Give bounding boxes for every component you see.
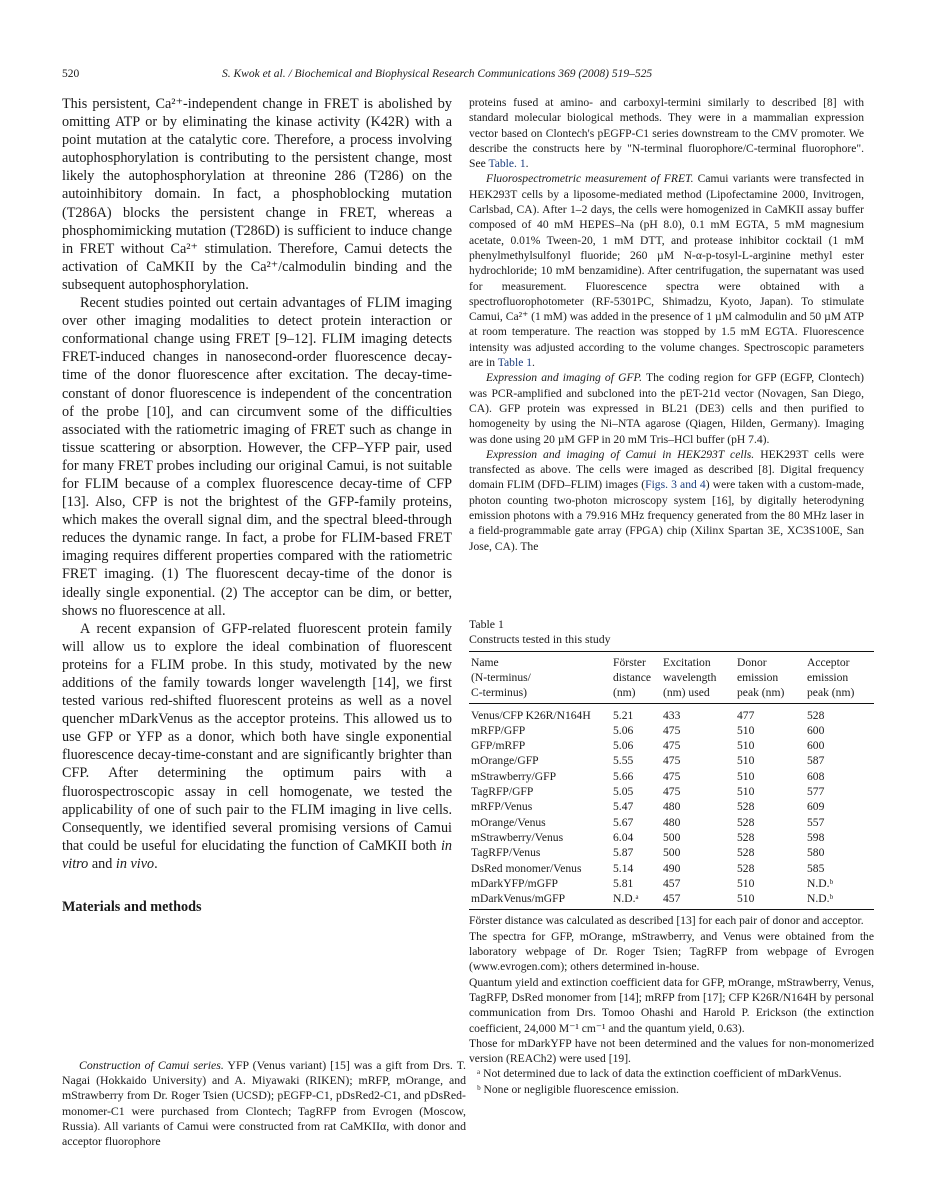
- table-footnote-a: ᵃ Not determined due to lack of data the…: [469, 1066, 874, 1081]
- cell-excitation: 475: [661, 753, 735, 768]
- table-row: TagRFP/GFP5.05475510577: [469, 784, 874, 799]
- cell-excitation: 475: [661, 784, 735, 799]
- cell-acceptor: 585: [805, 861, 874, 876]
- cell-forster: N.D.ᵃ: [611, 891, 661, 910]
- cell-acceptor: 598: [805, 830, 874, 845]
- cell-donor: 510: [735, 876, 805, 891]
- paragraph-constructs: proteins fused at amino- and carboxyl-te…: [469, 95, 864, 171]
- cell-name: mStrawberry/Venus: [469, 830, 611, 845]
- cell-donor: 528: [735, 861, 805, 876]
- table-note: Förster distance was calculated as descr…: [469, 913, 874, 928]
- cell-excitation: 500: [661, 845, 735, 860]
- cell-name: mRFP/Venus: [469, 799, 611, 814]
- subheading-construction: Construction of Camui series.: [79, 1058, 224, 1072]
- figure-link[interactable]: Figs. 3 and 4: [645, 478, 706, 491]
- cell-acceptor: 557: [805, 815, 874, 830]
- table-row: mRFP/GFP5.06475510600: [469, 723, 874, 738]
- subheading-gfp-imaging: Expression and imaging of GFP.: [486, 371, 642, 384]
- table-row: TagRFP/Venus5.87500528580: [469, 845, 874, 860]
- cell-donor: 528: [735, 830, 805, 845]
- cell-excitation: 475: [661, 723, 735, 738]
- left-column: This persistent, Ca²⁺-independent change…: [62, 95, 452, 936]
- cell-acceptor: 577: [805, 784, 874, 799]
- page-number: 520: [62, 68, 79, 80]
- cell-forster: 5.81: [611, 876, 661, 891]
- header-acceptor: emission: [805, 670, 874, 685]
- header-acceptor: peak (nm): [805, 685, 874, 704]
- table-note: Those for mDarkYFP have not been determi…: [469, 1036, 874, 1067]
- cell-donor: 510: [735, 769, 805, 784]
- table-note: The spectra for GFP, mOrange, mStrawberr…: [469, 929, 874, 975]
- subheading-fluorospectrometric: Fluorospectrometric measurement of FRET.: [486, 172, 694, 185]
- cell-excitation: 500: [661, 830, 735, 845]
- cell-acceptor: 587: [805, 753, 874, 768]
- cell-excitation: 457: [661, 876, 735, 891]
- header-name: C-terminus): [469, 685, 611, 704]
- paragraph-study-motivation: A recent expansion of GFP-related fluore…: [62, 620, 452, 873]
- cell-donor: 510: [735, 723, 805, 738]
- cell-name: mDarkYFP/mGFP: [469, 876, 611, 891]
- header-excitation: (nm) used: [661, 685, 735, 704]
- table-row: GFP/mRFP5.06475510600: [469, 738, 874, 753]
- paragraph-gfp-imaging: Expression and imaging of GFP. The codin…: [469, 370, 864, 446]
- cell-forster: 5.21: [611, 703, 661, 723]
- table-title: Constructs tested in this study: [469, 632, 874, 647]
- cell-name: GFP/mRFP: [469, 738, 611, 753]
- header-forster: distance: [611, 670, 661, 685]
- table-link[interactable]: Table 1: [498, 356, 532, 369]
- table-notes: Förster distance was calculated as descr…: [469, 913, 874, 1097]
- table-link[interactable]: Table. 1: [488, 157, 525, 170]
- cell-excitation: 490: [661, 861, 735, 876]
- cell-name: DsRed monomer/Venus: [469, 861, 611, 876]
- table-row: mOrange/Venus5.67480528557: [469, 815, 874, 830]
- cell-forster: 5.67: [611, 815, 661, 830]
- cell-acceptor: 608: [805, 769, 874, 784]
- table-footnote-b: ᵇ None or negligible fluorescence emissi…: [469, 1082, 874, 1097]
- header-forster: (nm): [611, 685, 661, 704]
- cell-donor: 477: [735, 703, 805, 723]
- table-label: Table 1: [469, 617, 874, 632]
- cell-forster: 5.14: [611, 861, 661, 876]
- table-row: mDarkVenus/mGFPN.D.ᵃ457510N.D.ᵇ: [469, 891, 874, 910]
- header-forster: Förster: [611, 651, 661, 670]
- journal-citation: S. Kwok et al. / Biochemical and Biophys…: [222, 68, 652, 80]
- cell-donor: 510: [735, 738, 805, 753]
- cell-name: Venus/CFP K26R/N164H: [469, 703, 611, 723]
- cell-acceptor: N.D.ᵇ: [805, 891, 874, 910]
- cell-acceptor: N.D.ᵇ: [805, 876, 874, 891]
- cell-forster: 5.05: [611, 784, 661, 799]
- table-row: mOrange/GFP5.55475510587: [469, 753, 874, 768]
- header-acceptor: Acceptor: [805, 651, 874, 670]
- cell-name: mRFP/GFP: [469, 723, 611, 738]
- cell-name: mOrange/Venus: [469, 815, 611, 830]
- paragraph-camui-hek293t: Expression and imaging of Camui in HEK29…: [469, 447, 864, 554]
- cell-acceptor: 600: [805, 738, 874, 753]
- section-title-materials-methods: Materials and methods: [62, 899, 452, 916]
- cell-excitation: 433: [661, 703, 735, 723]
- cell-name: TagRFP/GFP: [469, 784, 611, 799]
- table-row: mStrawberry/Venus6.04500528598: [469, 830, 874, 845]
- cell-excitation: 480: [661, 799, 735, 814]
- cell-donor: 510: [735, 784, 805, 799]
- cell-acceptor: 528: [805, 703, 874, 723]
- construction-paragraph-block: Construction of Camui series. YFP (Venus…: [62, 1058, 466, 1149]
- cell-donor: 528: [735, 845, 805, 860]
- cell-acceptor: 600: [805, 723, 874, 738]
- cell-excitation: 475: [661, 769, 735, 784]
- table-1: Table 1 Constructs tested in this study …: [469, 617, 874, 1097]
- cell-forster: 6.04: [611, 830, 661, 845]
- cell-forster: 5.06: [611, 723, 661, 738]
- cell-name: mDarkVenus/mGFP: [469, 891, 611, 910]
- paragraph-fluorospectrometric: Fluorospectrometric measurement of FRET.…: [469, 171, 864, 370]
- cell-donor: 528: [735, 799, 805, 814]
- cell-name: TagRFP/Venus: [469, 845, 611, 860]
- cell-name: mStrawberry/GFP: [469, 769, 611, 784]
- table-row: Venus/CFP K26R/N164H5.21433477528: [469, 703, 874, 723]
- cell-name: mOrange/GFP: [469, 753, 611, 768]
- cell-acceptor: 609: [805, 799, 874, 814]
- cell-forster: 5.55: [611, 753, 661, 768]
- cell-donor: 528: [735, 815, 805, 830]
- cell-excitation: 480: [661, 815, 735, 830]
- cell-acceptor: 580: [805, 845, 874, 860]
- cell-forster: 5.47: [611, 799, 661, 814]
- subheading-camui-hek293t: Expression and imaging of Camui in HEK29…: [486, 448, 754, 461]
- header-donor: peak (nm): [735, 685, 805, 704]
- header-excitation: wavelength: [661, 670, 735, 685]
- constructs-table: Name Förster Excitation Donor Acceptor (…: [469, 651, 874, 911]
- table-row: mRFP/Venus5.47480528609: [469, 799, 874, 814]
- header-donor: emission: [735, 670, 805, 685]
- table-row: mStrawberry/GFP5.66475510608: [469, 769, 874, 784]
- header-name: (N-terminus/: [469, 670, 611, 685]
- header-name: Name: [469, 651, 611, 670]
- cell-forster: 5.06: [611, 738, 661, 753]
- table-row: mDarkYFP/mGFP5.81457510N.D.ᵇ: [469, 876, 874, 891]
- cell-excitation: 475: [661, 738, 735, 753]
- cell-forster: 5.66: [611, 769, 661, 784]
- header-donor: Donor: [735, 651, 805, 670]
- paragraph-flim-advantages: Recent studies pointed out certain advan…: [62, 294, 452, 620]
- header-excitation: Excitation: [661, 651, 735, 670]
- cell-donor: 510: [735, 753, 805, 768]
- paragraph-construction: Construction of Camui series. YFP (Venus…: [62, 1058, 466, 1149]
- cell-donor: 510: [735, 891, 805, 910]
- paragraph-camui-mechanism: This persistent, Ca²⁺-independent change…: [62, 95, 452, 294]
- table-row: DsRed monomer/Venus5.14490528585: [469, 861, 874, 876]
- cell-forster: 5.87: [611, 845, 661, 860]
- right-column: proteins fused at amino- and carboxyl-te…: [469, 95, 864, 554]
- table-note: Quantum yield and extinction coefficient…: [469, 975, 874, 1036]
- cell-excitation: 457: [661, 891, 735, 910]
